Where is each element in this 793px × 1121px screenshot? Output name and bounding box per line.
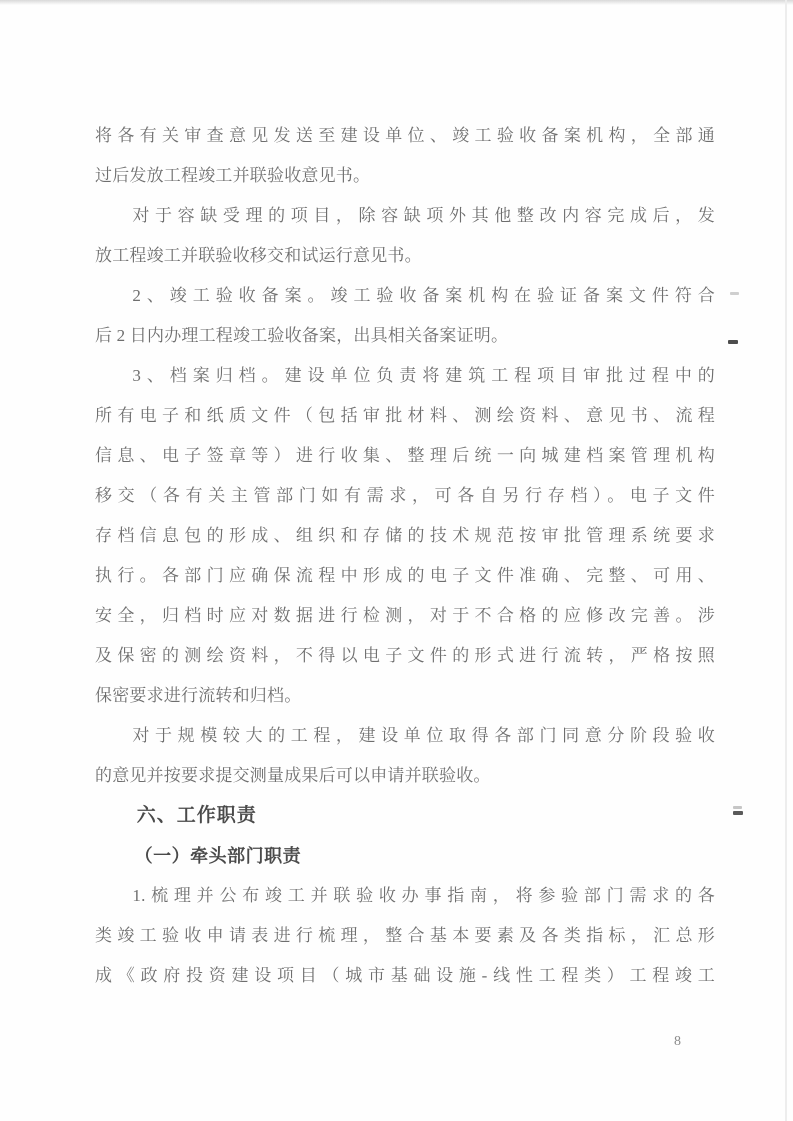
text-line: 1.梳理并公布竣工并联验收办事指南，将参验部门需求的各 [95, 876, 715, 916]
text-line: 对于规模较大的工程，建设单位取得各部门同意分阶段验收 [95, 716, 715, 756]
text-line: 后 2 日内办理工程竣工验收备案，出具相关备案证明。 [95, 316, 715, 356]
text-line: 成《政府投资建设项目（城市基础设施-线性工程类）工程竣工 [95, 956, 715, 996]
text-line: 及保密的测绘资料，不得以电子文件的形式进行流转，严格按照 [95, 636, 715, 676]
text-line: 对于容缺受理的项目，除容缺项外其他整改内容完成后，发 [95, 196, 715, 236]
text-line: 的意见并按要求提交测量成果后可以申请并联验收。 [95, 756, 715, 796]
text-line: 存档信息包的形成、组织和存储的技术规范按审批管理系统要求 [95, 516, 715, 556]
text-line: 3、档案归档。建设单位负责将建筑工程项目审批过程中的 [95, 356, 715, 396]
page-number: 8 [674, 1034, 681, 1050]
scan-smudge [733, 811, 743, 815]
text-line: 类竣工验收申请表进行梳理，整合基本要素及各类指标，汇总形 [95, 916, 715, 956]
scan-top-edge [0, 0, 793, 5]
text-line: 所有电子和纸质文件（包括审批材料、测绘资料、意见书、流程 [95, 396, 715, 436]
scan-smudge [733, 806, 742, 809]
scan-smudge [728, 340, 738, 344]
text-line: 信息、电子签章等）进行收集、整理后统一向城建档案管理机构 [95, 436, 715, 476]
scan-smudge [730, 292, 739, 295]
text-line: 将各有关审查意见发送至建设单位、竣工验收备案机构，全部通 [95, 116, 715, 156]
text-line: 执行。各部门应确保流程中形成的电子文件准确、完整、可用、 [95, 556, 715, 596]
section-heading: 六、工作职责 [95, 796, 715, 836]
scan-right-edge-line [785, 0, 787, 1121]
document-text-block: 将各有关审查意见发送至建设单位、竣工验收备案机构，全部通 过后发放工程竣工并联验… [95, 116, 715, 996]
text-line: 移交（各有关主管部门如有需求，可各自另行存档）。电子文件 [95, 476, 715, 516]
document-page: 将各有关审查意见发送至建设单位、竣工验收备案机构，全部通 过后发放工程竣工并联验… [0, 0, 793, 1121]
text-line: 放工程竣工并联验收移交和试运行意见书。 [95, 236, 715, 276]
text-line: 过后发放工程竣工并联验收意见书。 [95, 156, 715, 196]
text-line: 保密要求进行流转和归档。 [95, 676, 715, 716]
text-line: 2、竣工验收备案。竣工验收备案机构在验证备案文件符合 [95, 276, 715, 316]
text-line: 安全，归档时应对数据进行检测，对于不合格的应修改完善。涉 [95, 596, 715, 636]
subsection-heading: （一）牵头部门职责 [95, 836, 715, 876]
